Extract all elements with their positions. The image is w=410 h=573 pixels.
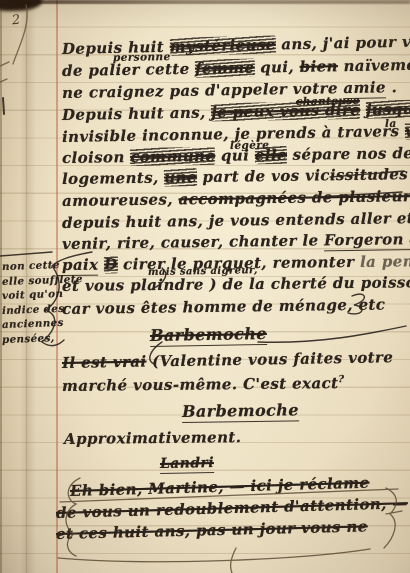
photo-top-edge-shadow [0, 0, 410, 4]
margin-note-line: pensées, [2, 332, 55, 346]
crossed-out-text: Barbemoche [150, 324, 267, 347]
manuscript-line: depuis huit ans, je vous entends aller e… [62, 208, 410, 232]
crossed-out-text: commune [130, 147, 215, 166]
handwritten-text: venir, rire, causer, chanter le [62, 231, 324, 253]
crossed-out-text: jusqu'à présent [366, 98, 410, 118]
left-edge-ink-dash [3, 98, 4, 114]
crossed-out-text: mystérieuse [170, 36, 276, 56]
handwritten-text: pensées, [2, 332, 55, 346]
crossed-out-text: et ces huit ans, pas un jour vous ne [56, 517, 368, 543]
handwritten-text: personne [113, 51, 171, 64]
crossed-out-text: bien [300, 57, 339, 76]
margin-note-line: indice des [2, 303, 65, 317]
manuscript-line: Barbemoche [150, 324, 267, 345]
manuscript-line: venir, rire, causer, chanter le Forgeron… [62, 230, 410, 253]
crossed-out-text: une [164, 168, 197, 186]
handwritten-text: elle soufflete [2, 273, 83, 288]
handwritten-text: Depuis huit ans, [62, 103, 212, 124]
crossed-out-text: Il est vrai [62, 353, 147, 372]
handwritten-text: logements, [62, 169, 165, 188]
crossed-out-text: accompagnées de plusieurs autres [178, 186, 410, 208]
manuscript-line: personne [113, 51, 171, 64]
manuscript-line: logements, une part de vos vicissitudes [62, 165, 408, 188]
bottom-check-stroke [231, 548, 236, 573]
manuscript-line: légère [230, 139, 270, 152]
margin-note-line: voit qu'on [2, 288, 64, 302]
bracket-bottom-sweep [58, 549, 370, 562]
handwritten-text: cloison [62, 148, 131, 167]
manuscript-line: Il est vrai (Valentine vous faites votre [62, 348, 394, 372]
handwritten-text: amoureuses, [62, 190, 179, 210]
crossed-out-text: D [104, 255, 118, 273]
handwritten-text: indice des [2, 303, 65, 317]
handwritten-text: Barbemoche [182, 400, 299, 423]
handwritten-text: qui, [254, 58, 299, 77]
handwritten-text: ? [338, 374, 344, 385]
handwritten-text: et vous plaindre ) de la cherté du poiss… [62, 273, 410, 295]
page-number: 2 [11, 13, 21, 29]
handwritten-text: Approximativement. [64, 428, 241, 448]
manuscript-line: Barbemoche [182, 400, 299, 421]
manuscript-line: Landri [160, 455, 214, 472]
crossed-out-text: Landri [160, 455, 214, 474]
swoosh-after-crossed-name [258, 326, 406, 342]
crossed-out-text: je peux vous dire [211, 101, 360, 122]
crossed-out-text: votre [405, 121, 410, 140]
manuscript-line: car vous êtes homme de ménage, etc [62, 295, 386, 318]
manuscript-line: Depuis huit ans, je peux vous dire jusqu… [62, 98, 410, 124]
handwritten-text: naïvement, vous [338, 55, 410, 76]
handwritten-text: depuis huit ans, je vous entends aller e… [62, 209, 410, 232]
manuscript-line: et ces huit ans, pas un jour vous ne [56, 517, 368, 543]
red-margin-rule [56, 0, 58, 573]
handwritten-text: légère [230, 139, 270, 152]
margin-note-line: anciennes [2, 317, 64, 331]
handwritten-text: part de vos vicissitudes [197, 165, 409, 186]
margin-note-line: non cette [2, 259, 60, 273]
manuscript-line: amoureuses, accompagnées de plusieurs au… [62, 186, 410, 210]
manuscript-line: la [385, 118, 397, 130]
manuscript-line: marché vous-même. C'est exact? [62, 374, 345, 395]
handwritten-text: car vous êtes homme de ménage, etc [62, 295, 386, 318]
handwritten-text: non cette [2, 259, 60, 273]
handwritten-text: (Valentine vous faites votre [146, 348, 393, 370]
crossed-out-text: femme [195, 59, 255, 78]
handwritten-text: la pendule [360, 252, 410, 271]
handwritten-text: marché vous-même. C'est exact [62, 374, 339, 395]
handwritten-text: . [386, 78, 398, 96]
manuscript-line: Approximativement. [64, 428, 241, 448]
handwritten-text: Forgeron de la [324, 230, 410, 252]
handwritten-text: ans, j'ai pour voisine [275, 32, 410, 54]
margin-note-line: elle soufflete [2, 273, 83, 288]
manuscript-page: 2 Depuis huit mystérieuse ans, j'ai pour… [0, 0, 410, 573]
handwritten-text: sépare nos deux [287, 144, 410, 164]
handwritten-text: anciennes [2, 317, 64, 331]
handwritten-text: voit qu'on [2, 288, 64, 302]
handwritten-text: la [385, 118, 397, 130]
manuscript-line: et vous plaindre ) de la cherté du poiss… [62, 273, 410, 295]
